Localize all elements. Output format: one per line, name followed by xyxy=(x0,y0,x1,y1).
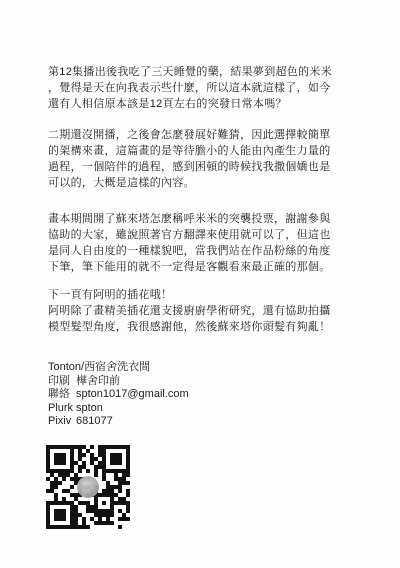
text-line: 是同人自由度的一種樣貌吧，當我們站在作品粉絲的角度 xyxy=(48,243,370,259)
contact-email: spton1017@gmail.com xyxy=(76,388,189,402)
plurk-row: Plurk spton xyxy=(48,402,370,416)
text-line: 可以的，大概是這樣的內容。 xyxy=(48,175,370,191)
text-line: 模型髮型角度，我很感謝他，然後蘇來塔你頭髮有夠亂！ xyxy=(48,319,370,335)
afterword-page: 第12集播出後我吃了三天睡覺的藥，結果夢到超色的米米 ，覺得是天在向我表示些什麼… xyxy=(0,0,400,568)
text-line: 阿明除了畫精美插花還支援廚廚學術研究，還有協助拍攝 xyxy=(48,303,370,319)
pixiv-id: 681077 xyxy=(76,415,113,429)
text-line: 畫本期間開了蘇來塔怎麼稱呼米米的突襲投票，謝謝參與 xyxy=(48,211,370,227)
text-line: 下筆，筆下能用的就不一定得是客觀看來最正確的那個。 xyxy=(48,259,370,275)
circle-name-text: Tonton/西宿舍洗衣間 xyxy=(48,361,150,375)
text-line: 過程，一個陪伴的過程，感到困頓的時候找我撒個嬌也是 xyxy=(48,159,370,175)
text-line: 二期還沒開播，之後會怎麼發展好難猜，因此選擇較簡單 xyxy=(48,127,370,143)
afterword-paragraph: 二期還沒開播，之後會怎麼發展好難猜，因此選擇較簡單 的架構來畫，這篇畫的是等待膽… xyxy=(48,127,370,191)
plurk-id: spton xyxy=(76,402,103,416)
contact-row: 聯絡 spton1017@gmail.com xyxy=(48,388,370,402)
pixiv-row: Pixiv 681077 xyxy=(48,415,370,429)
print-value: 樺舍印前 xyxy=(76,375,120,389)
credits-block: Tonton/西宿舍洗衣間 印刷 樺舍印前 聯絡 spton1017@gmail… xyxy=(48,361,370,429)
text-line: 下一頁有阿明的插花哦！ xyxy=(48,287,370,303)
print-row: 印刷 樺舍印前 xyxy=(48,375,370,389)
text-line: 協助的大家，雖說照著官方翻譯來使用就可以了，但這也 xyxy=(48,227,370,243)
qr-center-logo xyxy=(77,476,99,498)
afterword-paragraph: 下一頁有阿明的插花哦！ 阿明除了畫精美插花還支援廚廚學術研究，還有協助拍攝 模型… xyxy=(48,287,370,335)
text-line: ，覺得是天在向我表示些什麼，所以這本就這樣了，如今 xyxy=(48,80,370,96)
contact-label: 聯絡 xyxy=(48,388,76,402)
afterword-paragraph: 畫本期間開了蘇來塔怎麼稱呼米米的突襲投票，謝謝參與 協助的大家，雖說照著官方翻譯… xyxy=(48,211,370,275)
circle-name: Tonton/西宿舍洗衣間 xyxy=(48,361,370,375)
plurk-label: Plurk xyxy=(48,402,76,416)
qr-code xyxy=(46,445,130,529)
text-line: 的架構來畫，這篇畫的是等待膽小的人能由內產生力量的 xyxy=(48,143,370,159)
text-line: 還有人相信原本該是12頁左右的突發日常本嗎？ xyxy=(48,96,370,112)
afterword-paragraph: 第12集播出後我吃了三天睡覺的藥，結果夢到超色的米米 ，覺得是天在向我表示些什麼… xyxy=(48,64,370,112)
print-label: 印刷 xyxy=(48,375,76,389)
pixiv-label: Pixiv xyxy=(48,415,76,429)
text-line: 第12集播出後我吃了三天睡覺的藥，結果夢到超色的米米 xyxy=(48,64,370,80)
